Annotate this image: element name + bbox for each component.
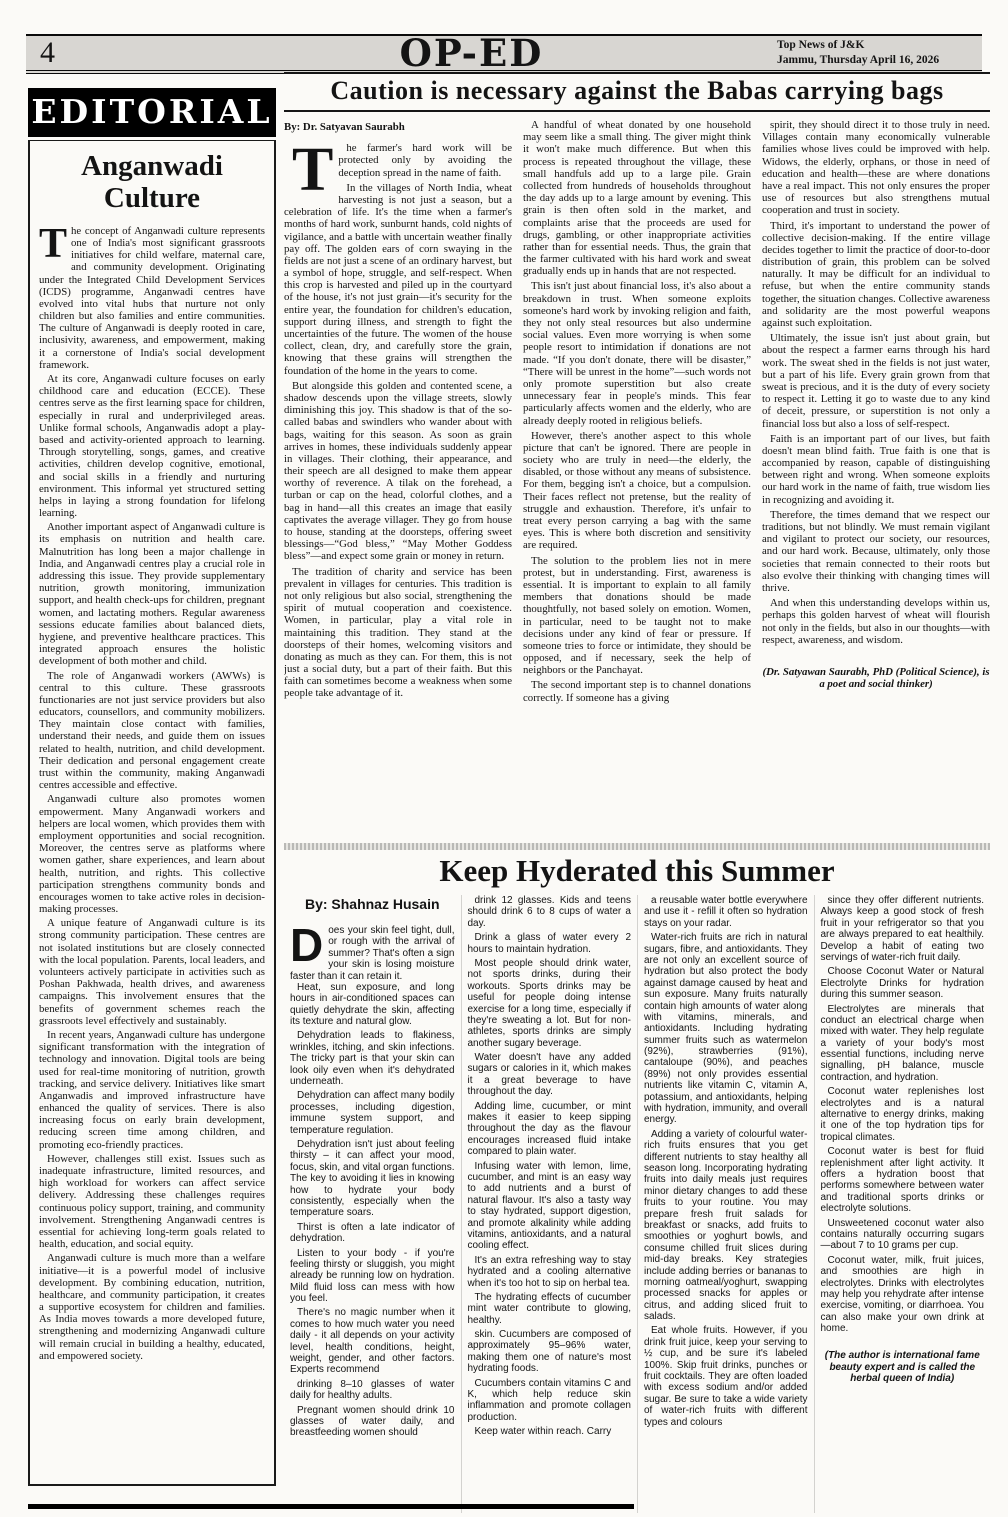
paragraph: However, there's another aspect to this … bbox=[523, 430, 751, 552]
paragraph: In recent years, Anganwadi culture has u… bbox=[39, 1029, 265, 1151]
article-babas-col1-paragraphs: In the villages of North India, wheat ha… bbox=[284, 182, 512, 700]
paragraph: Thirst is often a late indicator of dehy… bbox=[290, 1222, 455, 1245]
article-babas-col3-paragraphs: spirit, they should direct it to those t… bbox=[762, 119, 990, 646]
paragraph: It's an extra refreshing way to stay hyd… bbox=[468, 1255, 632, 1289]
article-hydration-headline: Keep Hyderated this Summer bbox=[284, 853, 990, 889]
paragraph: In the villages of North India, wheat ha… bbox=[284, 182, 512, 377]
paragraph: Coconut water, milk, fruit juices, and s… bbox=[821, 1255, 985, 1335]
paragraph: Faith is an important part of our lives,… bbox=[762, 433, 990, 506]
article-hydration-col2-paragraphs: drink 12 glasses. Kids and teens should … bbox=[468, 895, 632, 1438]
paragraph: The hydrating effects of cucumber mint w… bbox=[468, 1292, 632, 1326]
article-hydration-byline: By: Shahnaz Husain bbox=[290, 897, 455, 913]
masthead-info: Top News of J&K Jammu, Thursday April 16… bbox=[777, 38, 982, 68]
paragraph: At its core, Anganwadi culture focuses o… bbox=[39, 373, 265, 519]
paragraph: The tradition of charity and service has… bbox=[284, 566, 512, 700]
article-babas-col2-paragraphs: A handful of wheat donated by one househ… bbox=[523, 119, 751, 704]
article-hydration-columns: By: Shahnaz Husain Does your skin feel t… bbox=[284, 895, 990, 1513]
article-hydration-lead: Does your skin feel tight, dull, or roug… bbox=[290, 925, 455, 982]
paragraph: Heat, sun exposure, and long hours in ai… bbox=[290, 982, 455, 1028]
editorial-column: EDITORIAL Anganwadi Culture The concept … bbox=[28, 88, 276, 1486]
paragraph: The second important step is to channel … bbox=[523, 679, 751, 703]
paragraph: However, challenges still exist. Issues … bbox=[39, 1153, 265, 1251]
article-babas-headline: Caution is necessary against the Babas c… bbox=[284, 72, 990, 112]
paragraph: Listen to your body - if you're feeling … bbox=[290, 1248, 455, 1305]
article-hydration-col-1: By: Shahnaz Husain Does your skin feel t… bbox=[284, 895, 461, 1513]
paper-name: Top News of J&K bbox=[777, 38, 978, 53]
paragraph: Dehydration leads to flakiness, wrinkles… bbox=[290, 1030, 455, 1087]
paragraph: Cucumbers contain vitamins C and K, whic… bbox=[468, 1378, 632, 1424]
paragraph: Most people should drink water, not spor… bbox=[468, 958, 632, 1049]
paragraph: Keep water within reach. Carry bbox=[468, 1426, 632, 1437]
article-hydration-col4-paragraphs: since they offer different nutrients. Al… bbox=[821, 895, 985, 1334]
section-title: OP-ED bbox=[166, 31, 777, 75]
newspaper-page: 4 OP-ED Top News of J&K Jammu, Thursday … bbox=[0, 0, 1008, 1517]
paragraph: Adding lime, cucumber, or mint makes it … bbox=[468, 1101, 632, 1158]
article-hydration-col3-paragraphs: a reusable water bottle everywhere and u… bbox=[644, 895, 808, 1428]
paragraph: Dehydration can affect many bodily proce… bbox=[290, 1090, 455, 1136]
bottom-rule bbox=[28, 1504, 634, 1509]
article-hydration-col1-paragraphs: Heat, sun exposure, and long hours in ai… bbox=[290, 982, 455, 1439]
masthead: 4 OP-ED Top News of J&K Jammu, Thursday … bbox=[26, 34, 982, 74]
paragraph: But alongside this golden and contented … bbox=[284, 380, 512, 563]
paragraph: The solution to the problem lies not in … bbox=[523, 555, 751, 677]
paragraph: Coconut water is best for fluid replenis… bbox=[821, 1146, 985, 1214]
paragraph: Water-rich fruits are rich in natural su… bbox=[644, 932, 808, 1126]
paragraph: Anganwadi culture also promotes women em… bbox=[39, 793, 265, 915]
paragraph: Water doesn't have any added sugars or c… bbox=[468, 1052, 632, 1098]
article-hydration-credit: (The author is international fame beauty… bbox=[821, 1350, 985, 1384]
paragraph: spirit, they should direct it to those t… bbox=[762, 119, 990, 217]
paragraph: Adding a variety of colourful water-rich… bbox=[644, 1129, 808, 1323]
article-babas-credit: (Dr. Satyawan Saurabh, PhD (Political Sc… bbox=[762, 666, 990, 690]
editorial-paragraphs: At its core, Anganwadi culture focuses o… bbox=[39, 373, 265, 1362]
paragraph: There's no magic number when it comes to… bbox=[290, 1307, 455, 1375]
paragraph: skin. Cucumbers are composed of approxim… bbox=[468, 1329, 632, 1375]
paragraph: Another important aspect of Anganwadi cu… bbox=[39, 521, 265, 667]
article-hydration-col-4: since they offer different nutrients. Al… bbox=[814, 895, 991, 1513]
paragraph: The role of Anganwadi workers (AWWs) is … bbox=[39, 670, 265, 792]
article-babas-columns: By: Dr. Satyavan Saurabh The farmer's ha… bbox=[284, 119, 990, 835]
paragraph: a reusable water bottle everywhere and u… bbox=[644, 895, 808, 929]
paragraph: This isn't just about financial loss, it… bbox=[523, 280, 751, 426]
paragraph: Anganwadi culture is much more than a we… bbox=[39, 1252, 265, 1362]
paragraph: Electrolytes are minerals that conduct a… bbox=[821, 1004, 985, 1084]
editorial-lead-paragraph: The concept of Anganwadi culture represe… bbox=[39, 225, 265, 371]
paragraph: Choose Coconut Water or Natural Electrol… bbox=[821, 966, 985, 1000]
date-line: Jammu, Thursday April 16, 2026 bbox=[777, 53, 978, 68]
paragraph: Coconut water replenishes lost electroly… bbox=[821, 1086, 985, 1143]
paragraph: Dehydration isn't just about feeling thi… bbox=[290, 1139, 455, 1219]
article-babas-col-3: spirit, they should direct it to those t… bbox=[762, 119, 990, 835]
page-number: 4 bbox=[26, 36, 166, 70]
paragraph: Infusing water with lemon, lime, cucumbe… bbox=[468, 1161, 632, 1252]
editorial-box: Anganwadi Culture The concept of Anganwa… bbox=[28, 140, 276, 1486]
article-babas-byline: By: Dr. Satyavan Saurabh bbox=[284, 121, 512, 133]
article-babas-lead: The farmer's hard work will be protected… bbox=[284, 142, 512, 179]
article-hydration-col-2: drink 12 glasses. Kids and teens should … bbox=[461, 895, 638, 1513]
section-divider bbox=[284, 843, 990, 850]
paragraph: Unsweetened coconut water also contains … bbox=[821, 1218, 985, 1252]
article-babas-col-1: By: Dr. Satyavan Saurabh The farmer's ha… bbox=[284, 119, 512, 835]
article-babas: Caution is necessary against the Babas c… bbox=[284, 72, 990, 835]
paragraph: Therefore, the times demand that we resp… bbox=[762, 509, 990, 594]
paragraph: Pregnant women should drink 10 glasses o… bbox=[290, 1405, 455, 1439]
article-babas-col-2: A handful of wheat donated by one househ… bbox=[523, 119, 751, 835]
paragraph: And when this understanding develops wit… bbox=[762, 597, 990, 646]
paragraph: drinking 8–10 glasses of water daily for… bbox=[290, 1379, 455, 1402]
paragraph: A handful of wheat donated by one househ… bbox=[523, 119, 751, 277]
paragraph: Third, it's important to understand the … bbox=[762, 220, 990, 330]
article-hydration-col-3: a reusable water bottle everywhere and u… bbox=[637, 895, 814, 1513]
paragraph: Eat whole fruits. However, if you drink … bbox=[644, 1325, 808, 1428]
paragraph: since they offer different nutrients. Al… bbox=[821, 895, 985, 963]
paragraph: A unique feature of Anganwadi culture is… bbox=[39, 917, 265, 1027]
editorial-title: Anganwadi Culture bbox=[39, 151, 265, 215]
paragraph: Ultimately, the issue isn't just about g… bbox=[762, 332, 990, 430]
editorial-banner: EDITORIAL bbox=[28, 88, 276, 137]
paragraph: drink 12 glasses. Kids and teens should … bbox=[468, 895, 632, 929]
paragraph: Drink a glass of water every 2 hours to … bbox=[468, 932, 632, 955]
article-hydration: Keep Hyderated this Summer By: Shahnaz H… bbox=[284, 853, 990, 1513]
